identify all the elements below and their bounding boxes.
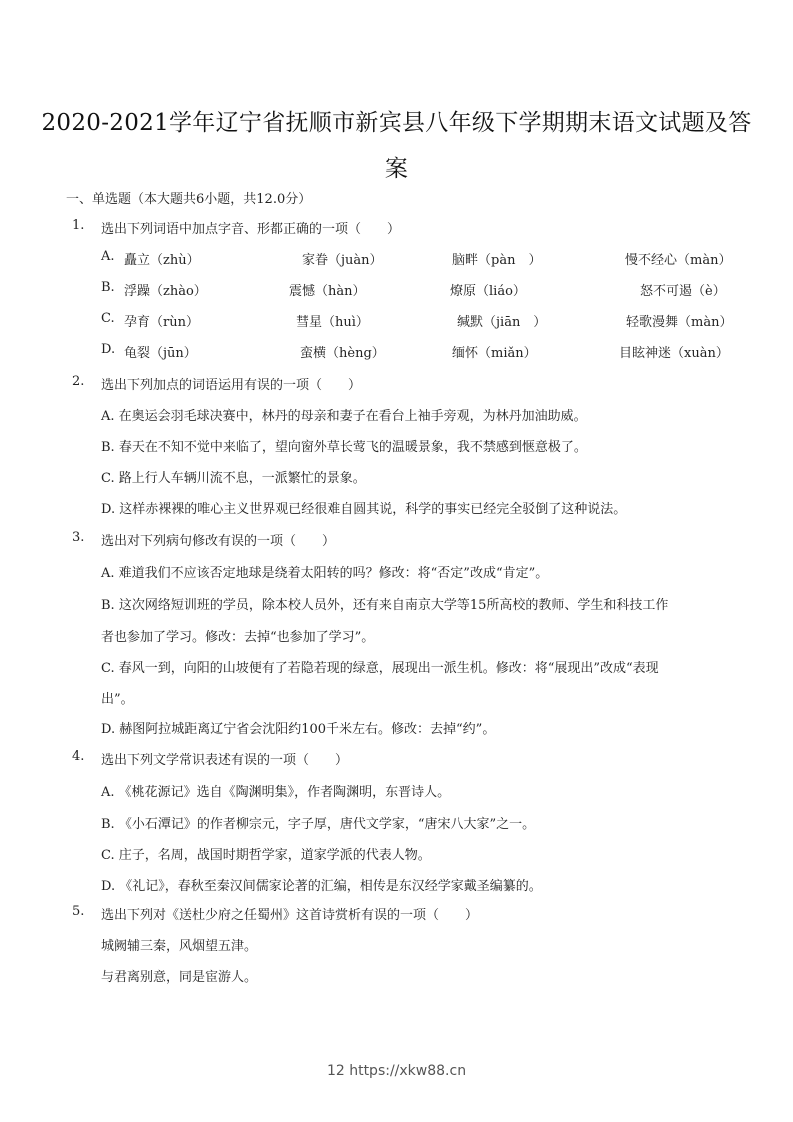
document-title-line1: 2020-2021学年辽宁省抚顺市新宾县八年级下学期期末语文试题及答: [0, 104, 793, 137]
option-b-continued: 者也参加了学习。修改：去掉“也参加了学习”。: [101, 626, 374, 645]
option-d: D. 赫图阿拉城距离辽宁省会沈阳约100千米左右。修改：去掉“约”。: [101, 718, 495, 737]
question-number: 1.: [72, 218, 84, 233]
option-a: A. 在奥运会羽毛球决赛中，林丹的母亲和妻子在看台上袖手旁观，为林丹加油助威。: [101, 405, 587, 424]
question-number: 5.: [72, 904, 84, 919]
option-c: C. 路上行人车辆川流不息，一派繁忙的景象。: [101, 467, 366, 486]
option-item: 目眩神迷（xuàn）: [619, 342, 729, 361]
section-heading: 一、单选题（本大题共6小题，共12.0分）: [66, 188, 311, 207]
option-item: 彗星（huì）: [296, 311, 369, 330]
option-c: C. 庄子，名周，战国时期哲学家，道家学派的代表人物。: [101, 844, 431, 863]
question-stem: 选出对下列病句修改有误的一项（ ）: [101, 530, 335, 549]
question-number: 4.: [72, 749, 84, 764]
option-b: B. 这次网络短训班的学员，除本校人员外，还有来自南京大学等15所高校的教师、学…: [101, 594, 668, 613]
question-stem: 选出下列加点的词语运用有误的一项（ ）: [101, 374, 361, 393]
option-a: A. 难道我们不应该否定地球是绕着太阳转的吗？修改：将“否定”改成“肯定”。: [101, 562, 548, 581]
option-item: 蛮横（hèng）: [300, 342, 385, 361]
option-item: 浮躁（zhào）: [124, 280, 207, 299]
option-item: 龟裂（jūn）: [124, 342, 197, 361]
question-stem: 选出下列词语中加点字音、形都正确的一项（ ）: [101, 218, 400, 237]
option-label: A.: [101, 249, 115, 264]
option-a: A. 《桃花源记》选自《陶渊明集》，作者陶渊明，东晋诗人。: [101, 781, 450, 800]
option-item: 缄默（jiān ）: [457, 311, 546, 330]
option-c: C. 春风一到，向阳的山坡便有了若隐若现的绿意，展现出一派生机。修改：将“展现出…: [101, 657, 659, 676]
question-number: 3.: [72, 530, 84, 545]
option-item: 矗立（zhù）: [124, 249, 200, 268]
option-item: 缅怀（miǎn）: [452, 342, 537, 361]
option-item: 震憾（hàn）: [289, 280, 366, 299]
option-item: 孕育（rùn）: [124, 311, 199, 330]
option-b: B. 《小石潭记》的作者柳宗元，字子厚，唐代文学家，“唐宋八大家”之一。: [101, 813, 535, 832]
option-item: 脑畔（pàn ）: [452, 249, 541, 268]
option-item: 家眷（juàn）: [302, 249, 383, 268]
option-item: 怒不可遏（è）: [640, 280, 726, 299]
option-d: D. 《礼记》，春秋至秦汉间儒家论著的汇编，相传是东汉经学家戴圣编纂的。: [101, 875, 542, 894]
page-footer: 12 https://xkw88.cn: [0, 1063, 793, 1079]
question-stem: 选出下列对《送杜少府之任蜀州》这首诗赏析有误的一项（ ）: [101, 904, 478, 923]
poem-line-1: 城阙辅三秦，风烟望五津。: [101, 935, 257, 954]
option-item: 燎原（liáo）: [450, 280, 526, 299]
option-d: D. 这样赤裸裸的唯心主义世界观已经很难自圆其说，科学的事实已经完全驳倒了这种说…: [101, 498, 626, 517]
option-item: 轻歌漫舞（màn）: [626, 311, 732, 330]
option-label: D.: [101, 342, 115, 357]
option-c-continued: 出”。: [101, 688, 134, 707]
poem-line-2: 与君离别意，同是宦游人。: [101, 966, 257, 985]
document-title-line2: 案: [0, 150, 793, 183]
question-number: 2.: [72, 374, 84, 389]
question-stem: 选出下列文学常识表述有误的一项（ ）: [101, 749, 348, 768]
option-label: B.: [101, 280, 115, 295]
option-item: 慢不经心（màn）: [625, 249, 731, 268]
option-label: C.: [101, 311, 115, 326]
option-b: B. 春天在不知不觉中来临了，望向窗外草长莺飞的温暖景象，我不禁感到惬意极了。: [101, 436, 587, 455]
